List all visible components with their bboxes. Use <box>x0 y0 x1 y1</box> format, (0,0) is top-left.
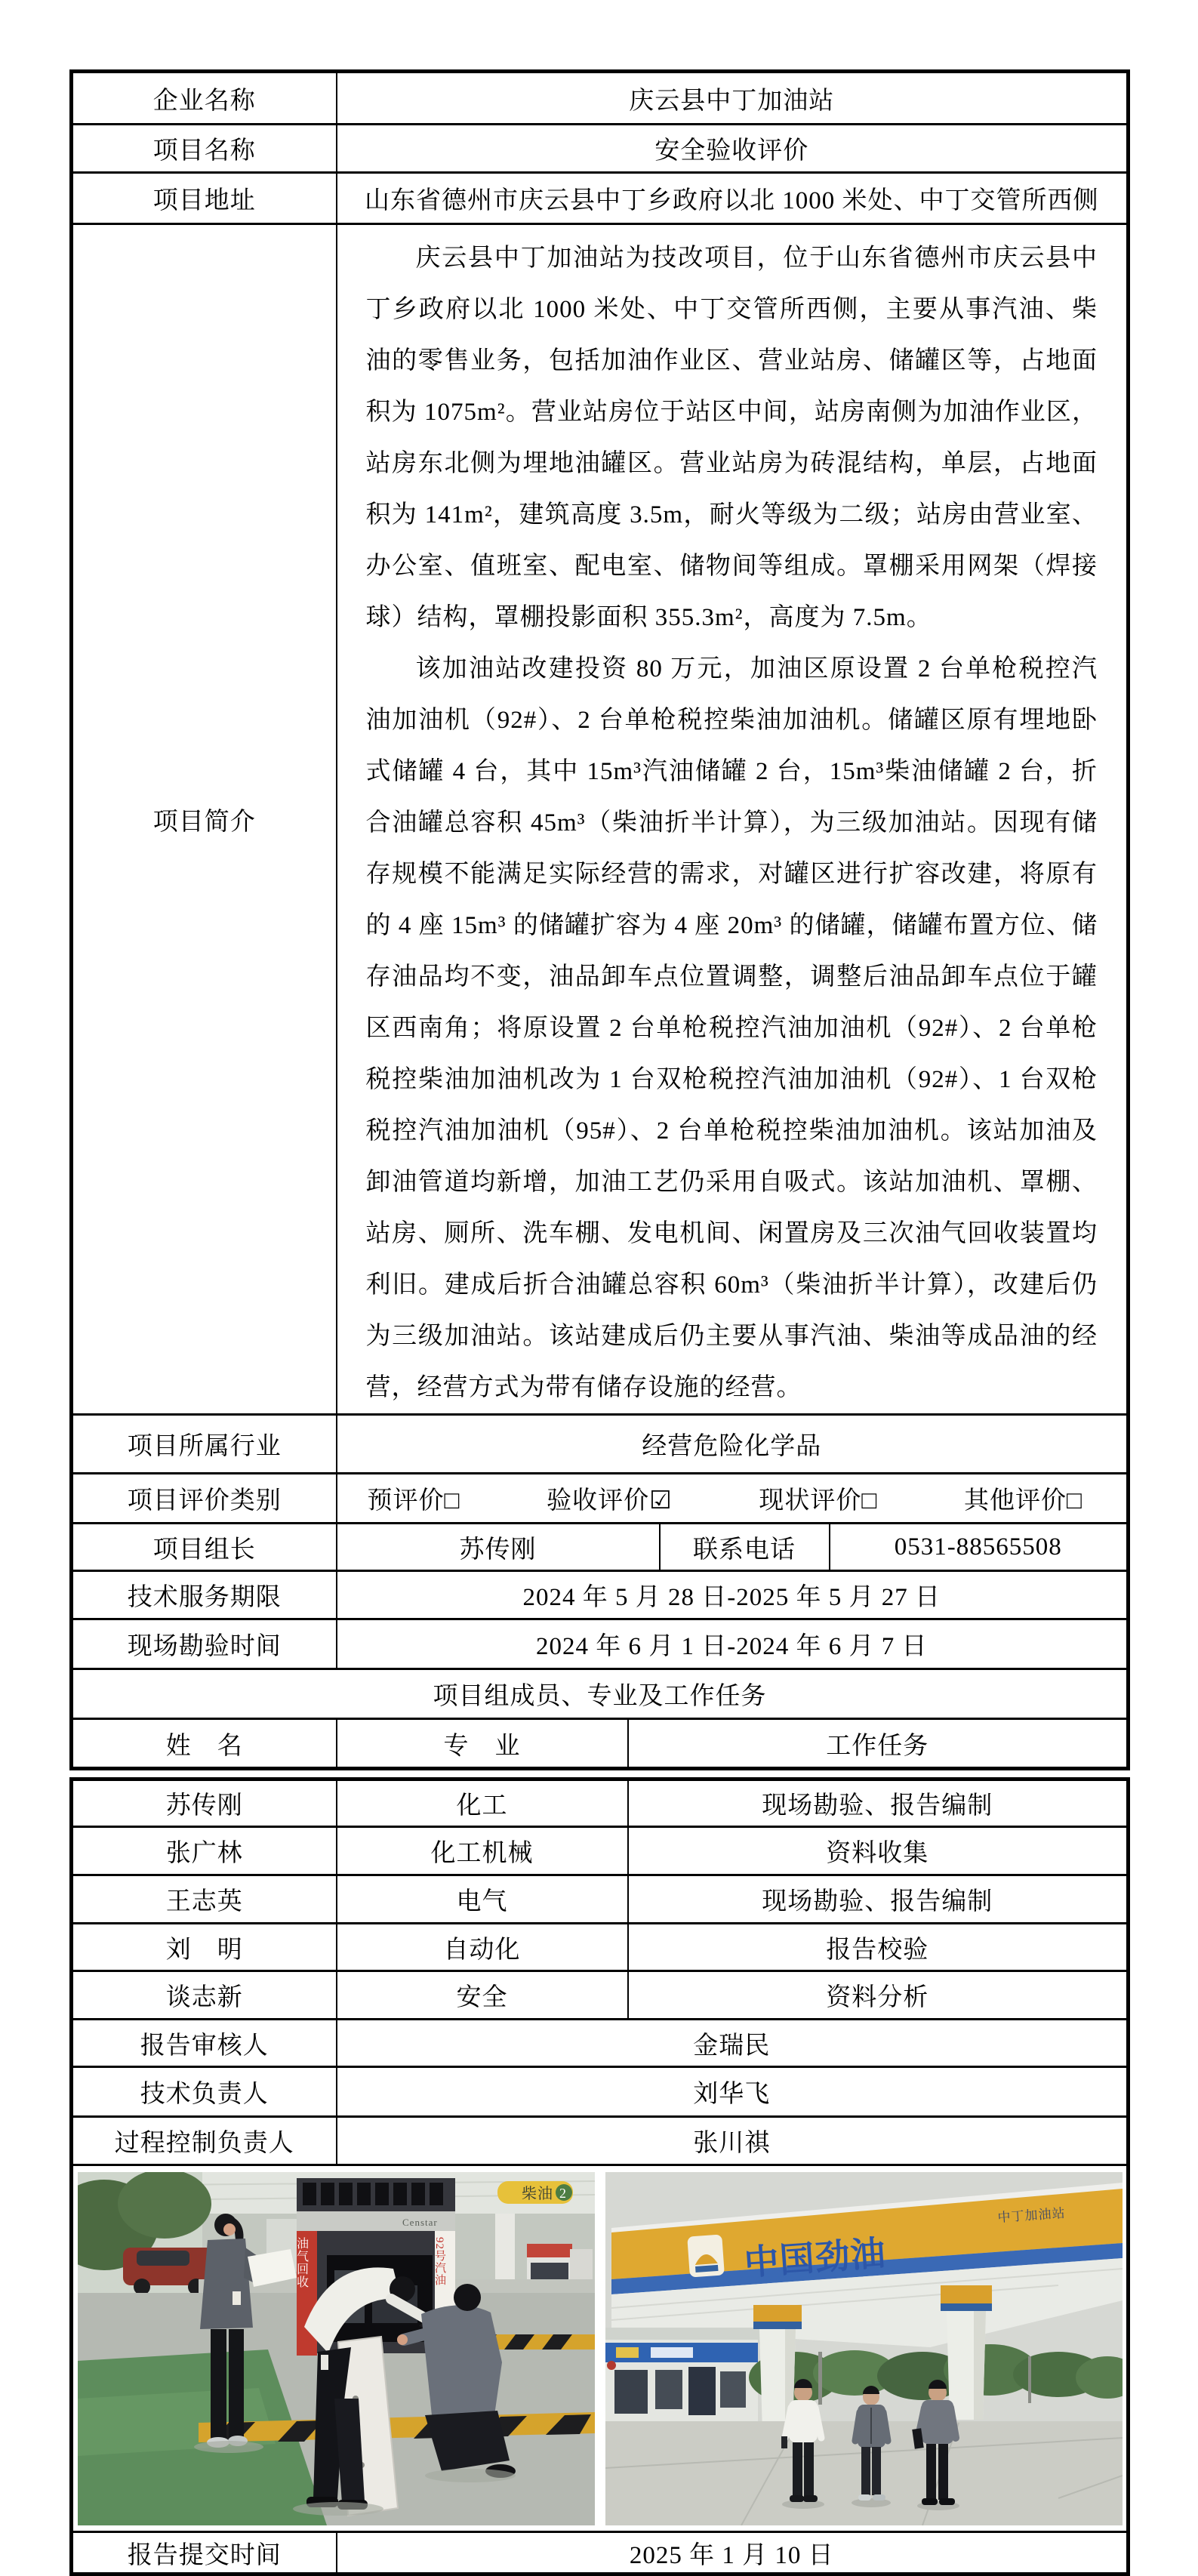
svg-text:油气回收: 油气回收 <box>294 2237 308 2288</box>
row-project-intro: 项目简介 庆云县中丁加油站为技改项目，位于山东省德州市庆云县中丁乡政府以北 10… <box>72 224 1129 1415</box>
eval-category-label: 项目评价类别 <box>72 1474 337 1524</box>
row-report-reviewer: 报告审核人 金瑞民 <box>72 2020 1129 2067</box>
pump-brand-label: Censtar <box>402 2217 438 2228</box>
eval-option-status: 现状评价□ <box>759 1481 877 1516</box>
service-period-value: 2024 年 5 月 28 日-2025 年 5 月 27 日 <box>337 1571 1129 1619</box>
svg-text:2: 2 <box>559 2186 567 2201</box>
tree <box>118 2172 211 2239</box>
member-task: 资料分析 <box>628 1971 1129 2020</box>
svg-text:92号汽油: 92号汽油 <box>433 2237 446 2286</box>
row-eval-category: 项目评价类别 预评价□ 验收评价☑ 现状评价□ 其他评价□ <box>72 1474 1129 1524</box>
row-team-section-header: 项目组成员、专业及工作任务 <box>72 1669 1129 1719</box>
industry-value: 经营危险化学品 <box>337 1415 1129 1474</box>
tech-lead-label: 技术负责人 <box>72 2067 337 2117</box>
main-table: 企业名称 庆云县中丁加油站 项目名称 安全验收评价 项目地址 山东省德州市庆云县… <box>69 69 1130 1770</box>
member-major: 电气 <box>337 1875 628 1924</box>
col-header-name: 姓 名 <box>72 1719 337 1769</box>
member-row: 谈志新 安全 资料分析 <box>72 1971 1129 2020</box>
eval-category-options: 预评价□ 验收评价☑ 现状评价□ 其他评价□ <box>337 1474 1129 1524</box>
member-task: 现场勘验、报告编制 <box>628 1875 1129 1924</box>
project-name-value: 安全验收评价 <box>337 125 1129 173</box>
phone-label: 联系电话 <box>660 1524 830 1571</box>
row-survey-time: 现场勘验时间 2024 年 6 月 1 日-2024 年 6 月 7 日 <box>72 1619 1129 1669</box>
eval-option-other: 其他评价□ <box>964 1481 1083 1516</box>
project-address-label: 项目地址 <box>72 173 337 224</box>
tech-lead-value: 刘华飞 <box>337 2067 1129 2117</box>
enterprise-name-value: 庆云县中丁加油站 <box>337 72 1129 125</box>
team-leader-label: 项目组长 <box>72 1524 337 1571</box>
team-leader-name: 苏传刚 <box>337 1524 660 1571</box>
project-name-label: 项目名称 <box>72 125 337 173</box>
row-enterprise-name: 企业名称 庆云县中丁加油站 <box>72 72 1129 125</box>
member-row: 刘 明 自动化 报告校验 <box>72 1924 1129 1971</box>
intro-paragraph-1: 庆云县中丁加油站为技改项目，位于山东省德州市庆云县中丁乡政府以北 1000 米处… <box>366 233 1098 643</box>
member-major: 化工 <box>337 1779 628 1827</box>
diesel-canopy-sign: 柴油 2 <box>497 2181 573 2204</box>
process-lead-label: 过程控制负责人 <box>72 2117 337 2165</box>
member-name: 张广林 <box>72 1827 337 1875</box>
member-name: 苏传刚 <box>72 1779 337 1827</box>
row-process-lead: 过程控制负责人 张川祺 <box>72 2117 1129 2165</box>
members-table: 苏传刚 化工 现场勘验、报告编制 张广林 化工机械 资料收集 王志英 电气 现场… <box>69 1777 1130 2576</box>
row-project-name: 项目名称 安全验收评价 <box>72 125 1129 173</box>
document-page: { "info": { "enterprise": { "label": "企业… <box>0 0 1198 2574</box>
member-major: 化工机械 <box>337 1827 628 1875</box>
station-building <box>605 2328 765 2423</box>
report-reviewer-value: 金瑞民 <box>337 2020 1129 2067</box>
row-service-period: 技术服务期限 2024 年 5 月 28 日-2025 年 5 月 27 日 <box>72 1571 1129 1619</box>
phone-value: 0531-88565508 <box>830 1524 1129 1571</box>
member-major: 安全 <box>337 1971 628 2020</box>
project-intro-text: 庆云县中丁加油站为技改项目，位于山东省德州市庆云县中丁乡政府以北 1000 米处… <box>337 224 1129 1415</box>
industry-label: 项目所属行业 <box>72 1415 337 1474</box>
photo-pump-inspection: 柴油 2 <box>78 2172 595 2525</box>
intro-paragraph-2: 该加油站改建投资 80 万元，加油区原设置 2 台单枪税控汽油加油机（92#）、… <box>366 643 1098 1413</box>
member-task: 报告校验 <box>628 1924 1129 1971</box>
team-section-header: 项目组成员、专业及工作任务 <box>72 1669 1129 1719</box>
survey-time-label: 现场勘验时间 <box>72 1619 337 1669</box>
row-site-photos: 柴油 2 <box>72 2165 1129 2532</box>
col-header-task: 工作任务 <box>628 1719 1129 1769</box>
table-split-gap <box>69 1770 1126 1777</box>
survey-time-value: 2024 年 6 月 1 日-2024 年 6 月 7 日 <box>337 1619 1129 1669</box>
brand-logo-badge <box>687 2234 725 2277</box>
report-info-table: 企业名称 庆云县中丁加油站 项目名称 安全验收评价 项目地址 山东省德州市庆云县… <box>69 69 1126 2576</box>
row-tech-lead: 技术负责人 刘华飞 <box>72 2067 1129 2117</box>
member-row: 王志英 电气 现场勘验、报告编制 <box>72 1875 1129 1924</box>
enterprise-name-label: 企业名称 <box>72 72 337 125</box>
row-member-columns: 姓 名 专 业 工作任务 <box>72 1719 1129 1769</box>
row-submit-time: 报告提交时间 2025 年 1 月 10 日 <box>72 2532 1129 2574</box>
project-address-value: 山东省德州市庆云县中丁乡政府以北 1000 米处、中丁交管所西侧 <box>337 173 1129 224</box>
row-industry: 项目所属行业 经营危险化学品 <box>72 1415 1129 1474</box>
row-project-address: 项目地址 山东省德州市庆云县中丁乡政府以北 1000 米处、中丁交管所西侧 <box>72 173 1129 224</box>
member-name: 刘 明 <box>72 1924 337 1971</box>
col-header-major: 专 业 <box>337 1719 628 1769</box>
row-team-leader: 项目组长 苏传刚 联系电话 0531-88565508 <box>72 1524 1129 1571</box>
submit-time-label: 报告提交时间 <box>72 2532 337 2574</box>
member-major: 自动化 <box>337 1924 628 1971</box>
member-name: 谈志新 <box>72 1971 337 2020</box>
site-photos-cell: 柴油 2 <box>72 2165 1129 2532</box>
process-lead-value: 张川祺 <box>337 2117 1129 2165</box>
svg-text:柴油: 柴油 <box>522 2185 553 2202</box>
member-task: 现场勘验、报告编制 <box>628 1779 1129 1827</box>
service-period-label: 技术服务期限 <box>72 1571 337 1619</box>
eval-option-acceptance-checked: 验收评价☑ <box>547 1481 673 1516</box>
photo-station-front: 中国劲油 中丁加油站 <box>605 2172 1123 2525</box>
report-reviewer-label: 报告审核人 <box>72 2020 337 2067</box>
eval-option-pre: 预评价□ <box>368 1481 460 1516</box>
member-task: 资料收集 <box>628 1827 1129 1875</box>
submit-time-value: 2025 年 1 月 10 日 <box>337 2532 1129 2574</box>
member-name: 王志英 <box>72 1875 337 1924</box>
project-intro-label: 项目简介 <box>72 224 337 1415</box>
member-row: 苏传刚 化工 现场勘验、报告编制 <box>72 1779 1129 1827</box>
member-row: 张广林 化工机械 资料收集 <box>72 1827 1129 1875</box>
